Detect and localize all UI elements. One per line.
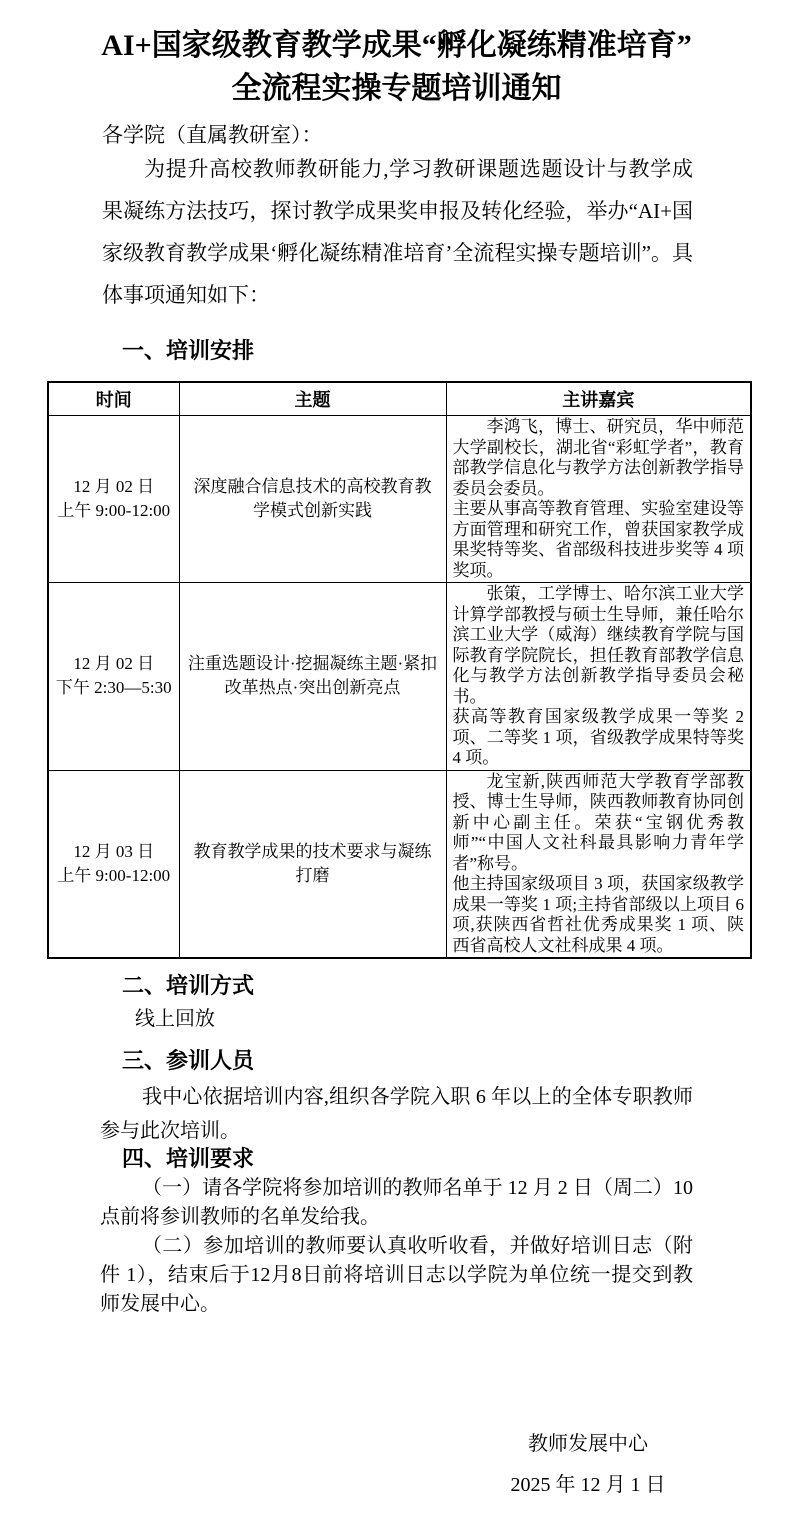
section-2-body: 线上回放 — [135, 1005, 693, 1033]
column-header-time: 时间 — [48, 382, 179, 416]
schedule-header-row: 时间 主题 主讲嘉宾 — [48, 382, 751, 416]
notice-document-page: AI+国家级教育教学成果“孵化凝练精准培育”全流程实操专题培训通知 各学院（直属… — [0, 0, 793, 1523]
session-2-time: 12 月 02 日 下午 2:30—5:30 — [48, 583, 179, 771]
table-row: 12 月 02 日 上午 9:00-12:00 深度融合信息技术的高校教育教学模… — [48, 416, 751, 583]
document-title-line2: 全流程实操专题培训通知 — [232, 72, 562, 105]
session-1-speaker-awards: 主要从事高等教育管理、实验室建设等方面管理和研究工作，曾获国家教学成果奖特等奖、… — [453, 499, 745, 581]
section-2-heading: 二、培训方式 — [122, 971, 693, 1001]
session-2-date: 12 月 02 日 — [51, 652, 177, 676]
salutation: 各学院（直属教研室）： — [102, 122, 693, 148]
session-3-topic: 教育教学成果的技术要求与凝练打磨 — [179, 770, 446, 958]
document-title-line1: AI+国家级教育教学成果“孵化凝练精准培育” — [101, 29, 691, 62]
session-2-topic: 注重选题设计·挖掘凝练主题·紧扣改革热点·突出创新亮点 — [179, 583, 446, 771]
section-4-heading: 四、培训要求 — [122, 1144, 693, 1174]
session-3-time: 12 月 03 日 上午 9:00-12:00 — [48, 770, 179, 958]
session-2-hours: 下午 2:30—5:30 — [51, 676, 177, 700]
document-title: AI+国家级教育教学成果“孵化凝练精准培育”全流程实操专题培训通知 — [40, 24, 753, 110]
session-1-speaker-bio: 李鸿飞，博士、研究员，华中师范大学副校长，湖北省“彩虹学者”，教育部教学信息化与… — [453, 417, 745, 499]
table-row: 12 月 02 日 下午 2:30—5:30 注重选题设计·挖掘凝练主题·紧扣改… — [48, 583, 751, 771]
session-1-hours: 上午 9:00-12:00 — [51, 499, 177, 523]
section-4-item-2: （二）参加培训的教师要认真收听收看，并做好培训日志（附件 1），结束后于12月8… — [100, 1232, 693, 1319]
session-1-date: 12 月 02 日 — [51, 475, 177, 499]
section-1-heading: 一、培训安排 — [122, 336, 693, 366]
table-row: 12 月 03 日 上午 9:00-12:00 教育教学成果的技术要求与凝练打磨… — [48, 770, 751, 958]
session-2-speaker: 张策，工学博士、哈尔滨工业大学计算学部教授与硕士生导师，兼任哈尔滨工业大学（威海… — [446, 583, 751, 771]
signature-date: 2025 年 12 月 1 日 — [458, 1471, 718, 1499]
intro-paragraph: 为提升高校教师教研能力,学习教研课题选题设计与教学成果凝练方法技巧，探讨教学成果… — [102, 148, 693, 316]
signature-block: 教师发展中心 2025 年 12 月 1 日 — [458, 1430, 718, 1499]
session-3-speaker: 龙宝新,陕西师范大学教育学部教授、博士生导师，陕西教师教育协同创新中心副主任。荣… — [446, 770, 751, 958]
section-3-heading: 三、参训人员 — [122, 1046, 693, 1076]
session-3-speaker-awards: 他主持国家级项目 3 项，获国家级教学成果一等奖 1 项;主持省部级以上项目 6… — [453, 874, 745, 956]
training-schedule-table: 时间 主题 主讲嘉宾 12 月 02 日 上午 9:00-12:00 深度融合信… — [47, 381, 752, 959]
section-4-item-1: （一）请各学院将参加培训的教师名单于 12 月 2 日（周二）10 点前将参训教… — [100, 1174, 693, 1232]
column-header-topic: 主题 — [179, 382, 446, 416]
session-2-speaker-bio: 张策，工学博士、哈尔滨工业大学计算学部教授与硕士生导师，兼任哈尔滨工业大学（威海… — [453, 584, 745, 707]
session-1-speaker: 李鸿飞，博士、研究员，华中师范大学副校长，湖北省“彩虹学者”，教育部教学信息化与… — [446, 416, 751, 583]
column-header-speaker: 主讲嘉宾 — [446, 382, 751, 416]
session-2-speaker-awards: 获高等教育国家级教学成果一等奖 2 项、二等奖 1 项，省级教学成果特等奖 4 … — [453, 707, 745, 769]
session-1-topic: 深度融合信息技术的高校教育教学模式创新实践 — [179, 416, 446, 583]
section-3-body: 我中心依据培训内容,组织各学院入职 6 年以上的全体专职教师参与此次培训。 — [100, 1080, 693, 1148]
session-3-speaker-bio: 龙宝新,陕西师范大学教育学部教授、博士生导师，陕西教师教育协同创新中心副主任。荣… — [453, 772, 745, 875]
session-3-hours: 上午 9:00-12:00 — [51, 864, 177, 888]
session-3-date: 12 月 03 日 — [51, 840, 177, 864]
signature-org: 教师发展中心 — [458, 1430, 718, 1458]
session-1-time: 12 月 02 日 上午 9:00-12:00 — [48, 416, 179, 583]
